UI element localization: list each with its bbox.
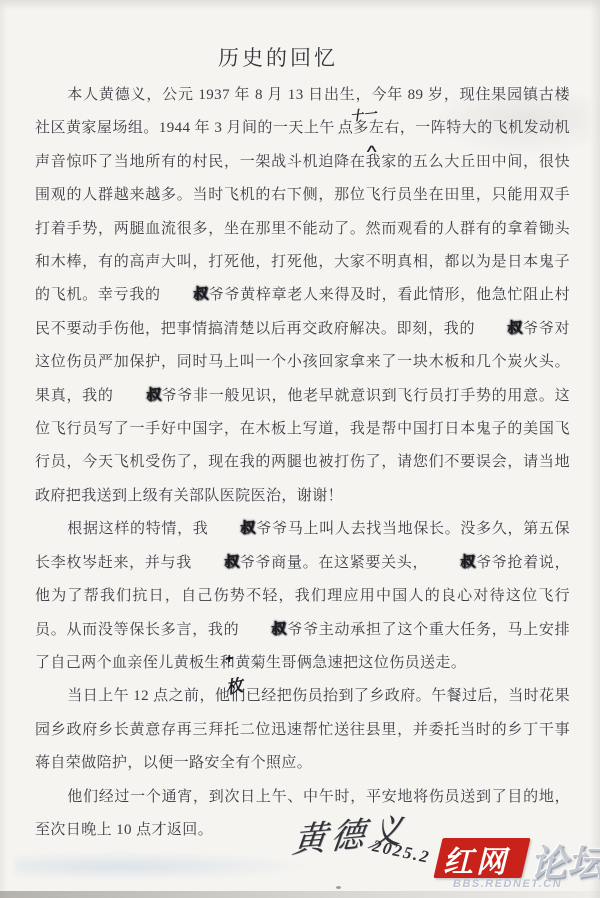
text-segment: 根据这样的特情，我 [67,521,208,537]
caret-icon: ∧ [303,132,380,165]
insert-text: 十一 [316,97,378,136]
text-segment: 生和黄菊生哥俩急速把这位伤员送走。 [204,655,466,671]
corrected-character: 板+枚 [189,655,204,671]
scan-edge-left [0,0,7,898]
smudged-character: 叔 [239,613,288,648]
smudged-character: 叔 [191,546,240,581]
scan-edge-bottom [0,891,600,898]
smudged-character: 叔 [113,379,162,414]
document-body: 本人黄德义，公元 1937 年 8 月 13 日出生，今年 89 岁，现住果园镇… [35,79,570,847]
watermark-brand-text: 红网 [443,837,509,881]
smudged-character: 叔 [428,546,477,581]
paper-crease-blue [15,852,315,878]
document-title: 历史的回忆 [0,42,556,72]
scanned-document-page: 历史的回忆 本人黄德义，公元 1937 年 8 月 13 日出生，今年 89 岁… [0,0,600,898]
text-segment: 爷爷商量。在这紧要关头， [240,555,429,571]
smudged-character: 叔 [208,512,257,547]
scan-edge-right [590,0,600,898]
forum-watermark: 红网 论坛 BBS.REDNET.CN [436,835,600,895]
paragraph: 根据这样的特情，我叔爷爷马上叫人去找当地保长。没多久，第五保长李枚岑赶来，并与我… [35,513,570,680]
paragraph: 本人黄德义，公元 1937 年 8 月 13 日出生，今年 89 岁，现住果园镇… [35,79,570,513]
handwritten-insert-annotation: 十一∧ [335,117,338,132]
scan-edge-top [0,0,600,10]
smudged-character: 叔 [475,312,524,347]
watermark-url-text: BBS.REDNET.CN [453,878,562,890]
paragraph: 当日上午 12 点之前，他们已经把伤员抬到了乡政府。午餐过后，当时花果园乡政府乡… [35,680,570,780]
ink-speck [336,886,341,889]
text-segment: 当日上午 12 点之前，他们已经把伤员抬到了乡政府。午餐过后，当时花果园乡政府乡… [35,688,570,771]
smudged-character: 叔 [160,279,209,314]
